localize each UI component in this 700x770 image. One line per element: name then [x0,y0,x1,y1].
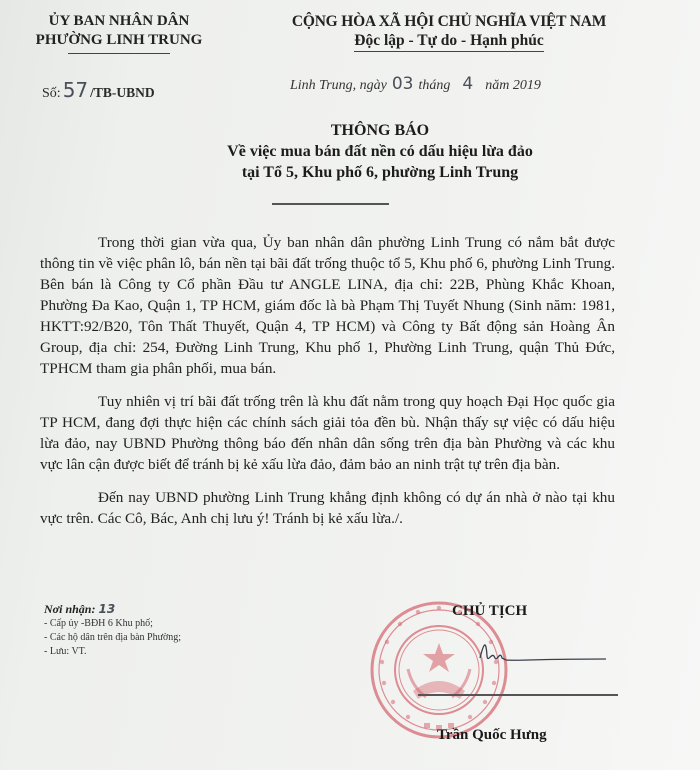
country-name: CỘNG HÒA XÃ HỘI CHỦ NGHĨA VIỆT NAM [258,12,640,31]
document-number: Số:57/TB-UBND [42,78,155,102]
issuing-agency: ỦY BAN NHÂN DÂN PHƯỜNG LINH TRUNG [14,12,224,54]
recipient-item: - Lưu: VT. [44,645,181,659]
notice-subject-2: tại Tổ 5, Khu phố 6, phường Linh Trung [120,162,640,183]
official-seal-icon [368,599,510,741]
scanned-document: ỦY BAN NHÂN DÂN PHƯỜNG LINH TRUNG Số:57/… [0,0,700,770]
body-paragraph: Đến nay UBND phường Linh Trung khẳng địn… [40,487,615,529]
notice-heading: THÔNG BÁO [120,120,640,141]
agency-line-2: PHƯỜNG LINH TRUNG [14,31,224,50]
agency-divider [68,53,170,54]
recipients-heading: Nơi nhận: [44,602,95,616]
notice-body: Trong thời gian vừa qua, Ủy ban nhân dân… [40,232,615,541]
body-paragraph: Trong thời gian vừa qua, Ủy ban nhân dân… [40,232,615,379]
recipient-item: - Các hộ dân trên địa bàn Phường; [44,631,181,645]
national-header: CỘNG HÒA XÃ HỘI CHỦ NGHĨA VIỆT NAM Độc l… [258,12,640,52]
handwritten-signature-icon [478,636,608,668]
place-date: Linh Trung, ngày03tháng4năm 2019 [290,74,541,94]
notice-title: THÔNG BÁO Về việc mua bán đất nền có dấu… [120,120,640,183]
number-handwritten: 57 [63,78,88,102]
notice-subject-1: Về việc mua bán đất nền có dấu hiệu lừa … [120,141,640,162]
signer-name: Trần Quốc Hưng [437,727,547,744]
recipients-list: Nơi nhận:13 - Cấp ủy -BĐH 6 Khu phố; - C… [44,602,181,659]
signatory-title: CHỦ TỊCH [452,603,527,620]
day-handwritten: 03 [392,74,414,94]
month-label: tháng [419,78,451,93]
handwritten-mark: 13 [98,602,115,616]
agency-line-1: ỦY BAN NHÂN DÂN [14,12,224,31]
month-handwritten: 4 [462,74,473,94]
place-prefix: Linh Trung, ngày [290,78,387,93]
recipient-item: - Cấp ủy -BĐH 6 Khu phố; [44,617,181,631]
title-divider [272,203,389,205]
national-motto: Độc lập - Tự do - Hạnh phúc [354,31,543,52]
signature-line [418,694,618,696]
year-label: năm 2019 [485,78,541,93]
number-prefix: Số: [42,86,61,101]
number-suffix: /TB-UBND [90,85,155,100]
body-paragraph: Tuy nhiên vị trí bãi đất trống trên là k… [40,391,615,475]
